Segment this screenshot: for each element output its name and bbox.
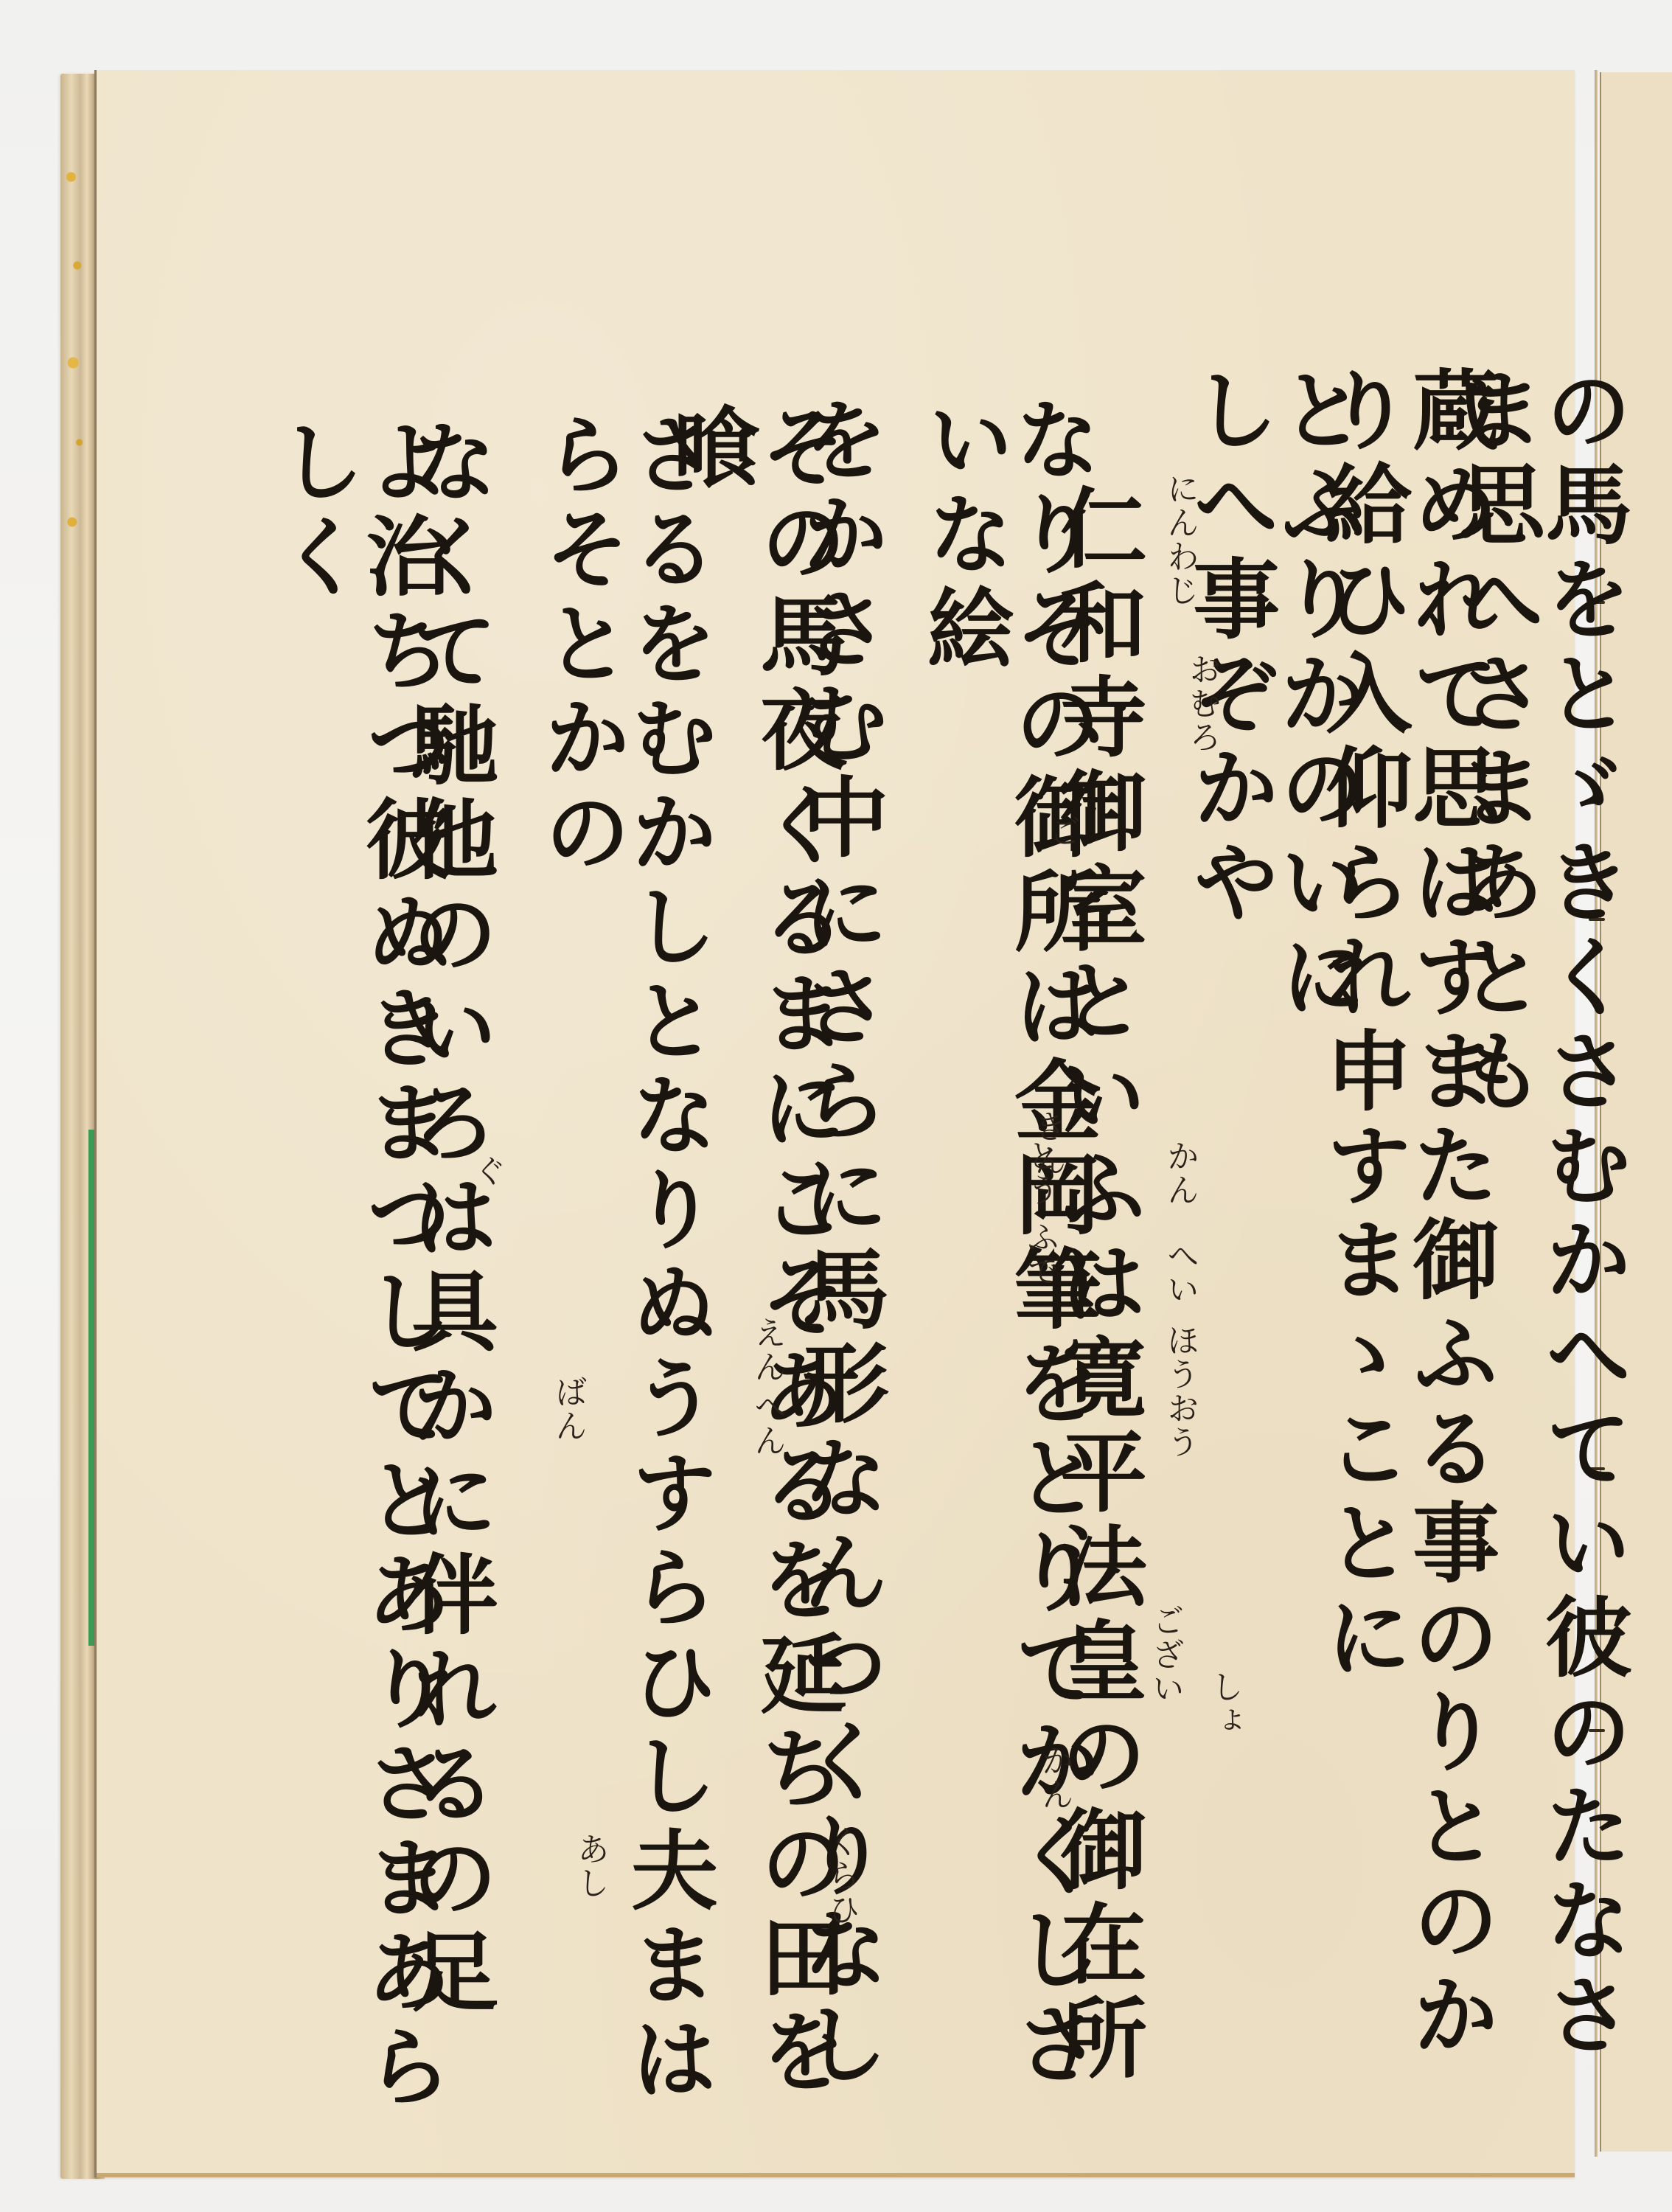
furigana-tou: とう (1016, 1139, 1063, 1207)
gold-leaf-flecks (65, 133, 86, 575)
furigana-go: ご (1038, 815, 1085, 849)
furigana-ban: ばん (544, 1375, 591, 1443)
furigana-ninnaji: にんわじ (1156, 472, 1203, 608)
furigana-gozai: ござい (1141, 1604, 1188, 1705)
green-page-edge (88, 1130, 94, 1646)
furigana-sho: しょ (1200, 1670, 1247, 1738)
text-columns: の馬をとゞきくさむかへてい彼のたなさま思へさまあとも 蔵めれて思はすまた御ふる事… (94, 70, 1572, 2177)
text-column-5: なりその御所は金岡筆をとりてかくしさいな絵 (920, 394, 1094, 2164)
furigana-kan: かん (1156, 1139, 1203, 1207)
furigana-e: かん (1031, 1744, 1078, 1812)
furigana-fude: ふで (1016, 1220, 1063, 1288)
furigana-hen: へん (743, 1390, 790, 1458)
furigana-kurahi: くらひ (817, 1825, 864, 1927)
furigana-houou: ほうおう (1156, 1324, 1203, 1459)
furigana-hei: へい (1156, 1239, 1203, 1307)
furigana-en: えん (743, 1316, 790, 1384)
furigana-ashi: あし (566, 1832, 613, 1900)
text-column-10: よ治ちつ彼ぬきまつしてとありさまあらしく (271, 417, 445, 2186)
furigana-gu: ぐ (463, 1154, 510, 1188)
furigana-omuro: おむろ (1178, 653, 1225, 754)
text-column-8: さるをむかしとなりぬうすらひし夫まはらそとかの (537, 409, 711, 2179)
